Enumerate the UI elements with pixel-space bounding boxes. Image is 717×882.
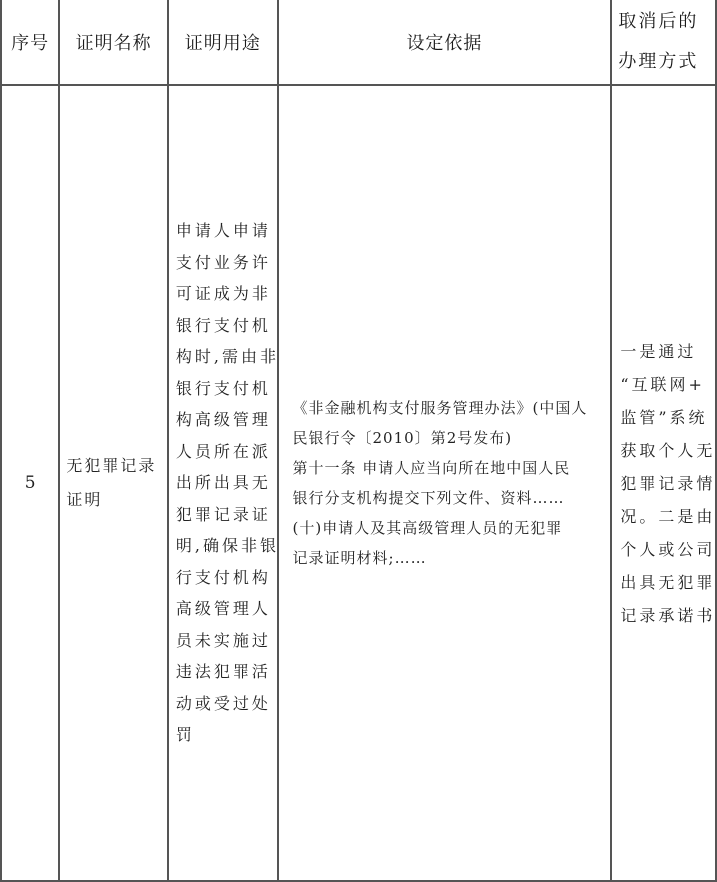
method-line: 监管”系统 — [620, 401, 711, 434]
cell-serial: 5 — [1, 85, 59, 881]
cell-certificate-purpose: 申请人申请 支付业务许 可证成为非 银行支付机 构时,需由非 银行支付机 构高级… — [168, 85, 278, 881]
header-certificate-purpose: 证明用途 — [168, 0, 278, 85]
method-line: 一是通过 — [620, 335, 711, 368]
cell-certificate-name: 无犯罪记录 证明 — [59, 85, 168, 881]
purpose-line: 行支付机构 — [176, 562, 273, 594]
purpose-line: 构高级管理 — [176, 404, 273, 436]
purpose-line: 申请人申请 — [176, 215, 273, 247]
purpose-line: 出所出具无 — [176, 467, 273, 499]
method-line: 个人或公司 — [620, 533, 711, 566]
cell-handling-method: 一是通过 “互联网+ 监管”系统 获取个人无 犯罪记录情 况。二是由 个人或公司… — [611, 85, 716, 881]
basis-line: 民银行令〔2010〕第2号发布) — [293, 423, 605, 453]
purpose-line: 构时,需由非 — [176, 341, 273, 373]
method-line: 出具无犯罪 — [620, 566, 711, 599]
purpose-line: 银行支付机 — [176, 310, 273, 342]
header-handling-method-line-2: 办理方式 — [612, 42, 715, 82]
method-line: 记录承诺书 — [620, 599, 711, 632]
certificate-table: 序号 证明名称 证明用途 设定依据 取消后的 办理方式 5 无犯罪记录 证明 申… — [0, 0, 717, 882]
purpose-line: 可证成为非 — [176, 278, 273, 310]
header-handling-method: 取消后的 办理方式 — [611, 0, 716, 85]
purpose-line: 银行支付机 — [176, 373, 273, 405]
basis-line: 《非金融机构支付服务管理办法》(中国人 — [293, 393, 605, 423]
basis-line: 第十一条 申请人应当向所在地中国人民 — [293, 453, 605, 483]
cell-legal-basis: 《非金融机构支付服务管理办法》(中国人 民银行令〔2010〕第2号发布) 第十一… — [278, 85, 612, 881]
header-serial: 序号 — [1, 0, 59, 85]
purpose-line: 违法犯罪活 — [176, 656, 273, 688]
table-row: 5 无犯罪记录 证明 申请人申请 支付业务许 可证成为非 银行支付机 构时,需由… — [1, 85, 716, 881]
method-line: 犯罪记录情 — [620, 467, 711, 500]
purpose-line: 罚 — [176, 719, 273, 751]
purpose-line: 人员所在派 — [176, 436, 273, 468]
purpose-line: 明,确保非银 — [176, 530, 273, 562]
basis-line: (十)申请人及其高级管理人员的无犯罪 — [293, 513, 605, 543]
method-line: 况。二是由 — [620, 500, 711, 533]
purpose-line: 员未实施过 — [176, 625, 273, 657]
purpose-line: 高级管理人 — [176, 593, 273, 625]
purpose-line: 动或受过处 — [176, 688, 273, 720]
purpose-line: 犯罪记录证 — [176, 499, 273, 531]
name-line: 证明 — [66, 483, 163, 517]
header-row: 序号 证明名称 证明用途 设定依据 取消后的 办理方式 — [1, 0, 716, 85]
header-legal-basis: 设定依据 — [278, 0, 612, 85]
basis-line: 记录证明材料;…… — [293, 543, 605, 573]
basis-line: 银行分支机构提交下列文件、资料…… — [293, 483, 605, 513]
method-line: “互联网+ — [620, 368, 711, 401]
purpose-line: 支付业务许 — [176, 247, 273, 279]
name-line: 无犯罪记录 — [66, 449, 163, 483]
header-handling-method-line-1: 取消后的 — [612, 2, 715, 42]
method-line: 获取个人无 — [620, 434, 711, 467]
header-certificate-name: 证明名称 — [59, 0, 168, 85]
